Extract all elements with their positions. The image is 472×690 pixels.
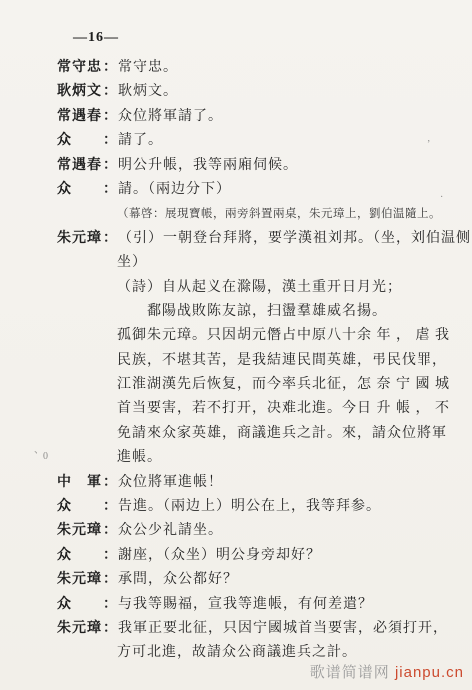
script-line: （詩）自从起义在滁陽，漢土重开日月光； <box>57 276 464 300</box>
speaker-name: 常遇春 <box>57 154 103 178</box>
speaker-name: 常守忠 <box>57 56 103 80</box>
dialogue-text: 我軍正要北征，只因宁國城首当要害，必須打开， <box>118 617 464 641</box>
page-number: —16— <box>73 30 464 46</box>
speaker-colon: ： <box>103 80 118 104</box>
script-line: 众 ：請了。 <box>57 129 464 153</box>
speaker-colon: ： <box>103 56 118 80</box>
stage-direction-line: （幕啓：展現寶帳，兩旁斜置兩桌，朱元璋上，劉伯温隨上。 <box>57 202 464 226</box>
script-line: 朱元璋：我軍正要北征，只因宁國城首当要害，必須打开， <box>57 617 464 641</box>
speaker-colon: ： <box>103 227 118 251</box>
speaker-colon: ： <box>103 154 118 178</box>
dialogue-text: 与我等賜福，宣我等進帳，有何差遣？ <box>118 593 464 617</box>
dialogue-text: 耿炳文。 <box>118 80 464 104</box>
dialogue-text: 首当要害，若不打开，决难北進。今日 升 帳 ， 不 <box>117 397 464 421</box>
speaker-colon: ： <box>103 568 118 592</box>
dialogue-text: 承問，众公都好？ <box>118 568 464 592</box>
dialogue-text: 免請來众家英雄，商議進兵之計。來，請众位將軍 <box>117 422 464 446</box>
speaker-colon: ： <box>103 617 118 641</box>
speaker-name: 朱元璋 <box>57 568 103 592</box>
script-line: 朱元璋：众公少礼請坐。 <box>57 519 464 543</box>
speaker-name: 常遇春 <box>57 105 103 129</box>
speaker-name: 众 <box>57 593 103 617</box>
speaker-colon: ： <box>103 471 118 495</box>
script-line: 众 ：謝座，（众坐）明公身旁却好？ <box>57 544 464 568</box>
speaker-name: 众 <box>57 178 103 202</box>
script-line: 众 ：請。（兩边分下） <box>57 178 464 202</box>
speaker-colon: ： <box>103 178 118 202</box>
script-line: 耿炳文：耿炳文。 <box>57 80 464 104</box>
speaker-name: 中 軍 <box>57 471 103 495</box>
script-line: 众 ：告進。（兩边上）明公在上，我等拜参。 <box>57 495 464 519</box>
dialogue-text: 江淮湖漢先后恢复，而今率兵北征，怎 奈 宁 國 城 <box>117 373 464 397</box>
watermark-site-url[interactable]: jianpu.cn <box>395 664 464 681</box>
script-line: 鄱陽战敗陈友諒，扫盪羣雄威名揚。 <box>57 300 464 324</box>
dialogue-text: （詩）自从起义在滁陽，漢土重开日月光； <box>117 276 464 300</box>
script-text-block: 常守忠：常守忠。耿炳文：耿炳文。常遇春：众位將軍請了。众 ：請了。常遇春：明公升… <box>57 56 464 666</box>
speaker-colon: ： <box>103 129 118 153</box>
script-line: 中 軍：众位將軍進帳！ <box>57 471 464 495</box>
dialogue-text: 謝座，（众坐）明公身旁却好？ <box>118 544 464 568</box>
stage-direction-text: （幕啓：展現寶帳，兩旁斜置兩桌，朱元璋上，劉伯温隨上。 <box>117 202 464 226</box>
dialogue-text: 常守忠。 <box>118 56 464 80</box>
script-line: 常遇春：明公升帳，我等兩廂伺候。 <box>57 154 464 178</box>
script-line: 常遇春：众位將軍請了。 <box>57 105 464 129</box>
scan-noise-mark: 、 <box>34 446 44 456</box>
scan-noise-mark: 0 <box>43 452 48 462</box>
speaker-colon: ： <box>103 544 118 568</box>
dialogue-text: 众位將軍進帳！ <box>118 471 464 495</box>
script-line: 首当要害，若不打开，决难北進。今日 升 帳 ， 不 <box>57 397 464 421</box>
script-line: 進帳。 <box>57 446 464 470</box>
speaker-colon: ： <box>103 519 118 543</box>
speaker-name: 朱元璋 <box>57 617 103 641</box>
speaker-colon: ： <box>103 593 118 617</box>
script-line: 江淮湖漢先后恢复，而今率兵北征，怎 奈 宁 國 城 <box>57 373 464 397</box>
script-line: 免請來众家英雄，商議進兵之計。來，請众位將軍 <box>57 422 464 446</box>
watermark: 歌谱简谱网 jianpu.cn <box>310 661 464 682</box>
script-line: 民族，不堪其苦，是我結連民間英雄，弔民伐罪， <box>57 349 464 373</box>
speaker-name: 朱元璋 <box>57 519 103 543</box>
script-line: 众 ：与我等賜福，宣我等進帳，有何差遣？ <box>57 593 464 617</box>
script-line: 孤御朱元璋。只因胡元僭占中原八十余 年 ， 虐 我 <box>57 324 464 348</box>
speaker-name: 众 <box>57 495 103 519</box>
watermark-site-name: 歌谱简谱网 <box>310 664 390 681</box>
scanned-script-page: —16— 常守忠：常守忠。耿炳文：耿炳文。常遇春：众位將軍請了。众 ：請了。常遇… <box>0 0 472 690</box>
speaker-name: 众 <box>57 544 103 568</box>
dialogue-text: 众公少礼請坐。 <box>118 519 464 543</box>
dialogue-text: 明公升帳，我等兩廂伺候。 <box>118 154 464 178</box>
dialogue-text: 民族，不堪其苦，是我結連民間英雄，弔民伐罪， <box>117 349 464 373</box>
dialogue-text: 請了。 <box>118 129 464 153</box>
dialogue-text: 請。（兩边分下） <box>118 178 464 202</box>
speaker-colon: ： <box>103 105 118 129</box>
dialogue-text: 孤御朱元璋。只因胡元僭占中原八十余 年 ， 虐 我 <box>117 324 464 348</box>
dialogue-text: 進帳。 <box>117 446 464 470</box>
script-line: 朱元璋：（引）一朝登台拜將，要学漢祖刘邦。（坐，刘伯温侧 <box>57 227 464 251</box>
dialogue-text: 坐） <box>117 251 464 275</box>
script-line: 坐） <box>57 251 464 275</box>
speaker-name: 众 <box>57 129 103 153</box>
dialogue-text: 告進。（兩边上）明公在上，我等拜参。 <box>118 495 464 519</box>
speaker-colon: ： <box>103 495 118 519</box>
script-line: 常守忠：常守忠。 <box>57 56 464 80</box>
script-line: 朱元璋：承問，众公都好？ <box>57 568 464 592</box>
dialogue-text: 鄱陽战敗陈友諒，扫盪羣雄威名揚。 <box>147 300 464 324</box>
dialogue-text: 众位將軍請了。 <box>118 105 464 129</box>
speaker-name: 朱元璋 <box>57 227 103 251</box>
speaker-name: 耿炳文 <box>57 80 103 104</box>
dialogue-text: （引）一朝登台拜將，要学漢祖刘邦。（坐，刘伯温侧 <box>118 227 471 251</box>
